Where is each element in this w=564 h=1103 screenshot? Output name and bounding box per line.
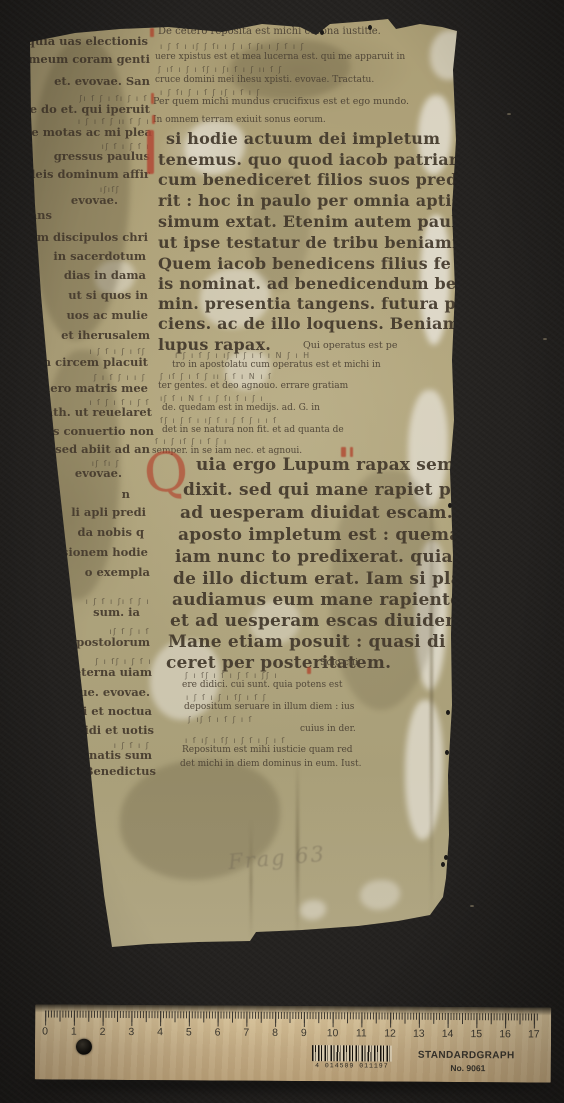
ruler-number: 11: [356, 1027, 367, 1039]
ruler-number: 6: [215, 1027, 221, 1039]
neume-line: ʃ ıſ ʃ ı ſ ʃ ıı ʃ ſ ı N ı ſ: [160, 373, 272, 381]
manuscript-text-line: de illo dictum erat. Iam si placet: [173, 571, 492, 588]
ruler-number: 7: [243, 1027, 249, 1039]
manuscript-text-line: Mane etiam posuit : quasi di: [168, 634, 446, 651]
neume-line: ʃ ıʃ ſ ı ſ ʃ ı ſ: [188, 716, 253, 724]
manuscript-text-line: rit : hoc in paulo per omnia aptis: [158, 193, 461, 209]
neume-line: ı ʃ ſ ı ʃ ı ſʃ ı ſ ʃ: [186, 694, 267, 702]
red-initial-bar: [147, 130, 154, 174]
ruler-number: 2: [100, 1026, 106, 1038]
manuscript-photograph: quia uas electionismeum coram gentiet. e…: [0, 0, 564, 1103]
ruler-number: 0: [42, 1025, 48, 1037]
manuscript-text-line: uere xpistus est et mea lucerna est. qui…: [155, 53, 405, 62]
ruler-brand-label: STANDARDGRAPH: [418, 1050, 515, 1062]
ruler-number: 3: [128, 1026, 134, 1038]
manuscript-text-line: In omnem terram exiuit sonus eorum.: [153, 116, 326, 125]
manuscript-text-line: uia ergo Lupum rapax semp: [196, 457, 467, 474]
wooden-ruler: 01234567891011121314151617 4 014509 0111…: [35, 1004, 551, 1082]
manuscript-text-line: Quem iacob benedicens filius fe: [158, 256, 451, 272]
ruler-number: 8: [272, 1027, 278, 1039]
manuscript-text-line: simum extat. Etenim autem paulus: [158, 214, 479, 230]
barcode-digits: 4 014509 011197: [309, 1062, 395, 1070]
edge-speck: [441, 862, 445, 867]
ruler-number: 12: [384, 1028, 396, 1040]
ruler-hanging-hole: [76, 1039, 92, 1055]
neume-line: ʃ ı ſʃ ı ſ ı ʃ ſ ı ʃʃ ı: [185, 672, 278, 680]
neume-line: ı ʃ ı ſ ʃ ı ıʃ ſ ʃ ı ſ ı N ʃ ı H: [175, 352, 311, 360]
manuscript-text-line: Repositum est mihi iusticie quam red: [182, 746, 353, 755]
ruler-cm-ticks: [45, 1010, 537, 1028]
manuscript-text-line: ut ipse testatur de tribu beniamin.: [158, 235, 476, 251]
ruler-number: 5: [186, 1026, 192, 1038]
ruler-number: 15: [470, 1028, 482, 1040]
ruler-number: 9: [301, 1027, 307, 1039]
red-accent-mark: [152, 115, 155, 124]
manuscript-text-line: tro in apostolatu cum operatus est et mi…: [172, 361, 381, 370]
manuscript-text-line: tenemus. quo quod iacob patriarcha: [158, 152, 490, 168]
edge-speck: [445, 750, 449, 755]
manuscript-text-line: iam nunc to predixerat. quia et: [175, 549, 478, 566]
edge-speck: [446, 710, 450, 715]
ruler-number: 13: [413, 1028, 425, 1040]
manuscript-text-line: depositum seruare in illum diem : ius: [184, 703, 354, 712]
felt-fiber: [470, 905, 474, 907]
manuscript-text-line: ter gentes. et deo agnouo. errare gratia…: [158, 382, 348, 391]
felt-fiber: [543, 338, 547, 340]
neume-line: ſʃ ı ʃ ſ ı ıʃ ſ ı ʃ ſ ʃ ı ı ſ: [160, 417, 277, 425]
ruler-number: 17: [528, 1028, 540, 1040]
manuscript-text-line: min. presentia tangens. futura prospi: [158, 296, 502, 312]
red-accent-mark: [307, 667, 311, 674]
manuscript-text-line: cum benediceret filios suos predixe: [158, 172, 484, 188]
manuscript-text-line: Per quem michi mundus crucifixus est et …: [153, 97, 409, 107]
manuscript-text-line: det in se natura non fit. et ad quanta d…: [162, 426, 344, 435]
felt-fiber: [507, 113, 511, 115]
red-accent-mark: [350, 447, 353, 457]
neume-line: ıʃ ſ ı N ſ ı ʃ ſı ſ ı ʃ ı: [160, 395, 264, 403]
manuscript-text-line: de. quedam est in medijs. ad. G. in: [162, 404, 320, 413]
manuscript-text-line: ciens. ac de illo loquens. Beniamin: [158, 316, 478, 332]
red-initial-q: Q: [142, 445, 190, 502]
manuscript-text-line: si hodie actuum dei impletum: [166, 131, 440, 147]
manuscript-text-line: Qui operatus est pe: [303, 341, 397, 351]
edge-speck: [368, 25, 372, 30]
red-accent-mark: [150, 28, 154, 37]
neume-line: ı ʃ ſ ı ıʃ ʃ ſı ı ʃ ı ſ ʃı ı ʃ ſ ı ʃ: [160, 43, 305, 51]
barcode: [312, 1045, 392, 1061]
ruler-number: 16: [499, 1028, 511, 1040]
red-accent-mark: [341, 447, 346, 457]
manuscript-text-line: audiamus eum mane rapientem.: [172, 592, 485, 609]
manuscript-text-line: det michi in diem dominus in eum. Iust.: [180, 760, 361, 769]
ruler-model-label: No. 9061: [418, 1063, 518, 1074]
neume-line: ı ſ ıʃ ı ſʃ ı ʃ ſ ı ʃ ı ſ: [185, 737, 286, 745]
manuscript-text-line: cuius in der.: [300, 725, 356, 734]
neume-line: ʃ ıſ ı ʃ ı ſʃ ı ʃı ſ ı ʃ ıı ſ ʃ: [158, 66, 283, 74]
ruler-number: 14: [442, 1028, 454, 1040]
red-accent-mark: [151, 93, 154, 104]
manuscript-text-line: Scio cui: [320, 658, 358, 668]
ruler-number: 10: [327, 1027, 339, 1039]
manuscript-text-line: is nominat. ad benedicendum benia: [158, 276, 485, 292]
manuscript-text-line: ere didici. cui sunt. quia potens est: [182, 681, 342, 690]
ruler-number: 1: [71, 1026, 77, 1038]
ruler-number: 4: [157, 1026, 163, 1038]
manuscript-text-line: cruce domini mei ihesu xpisti. evovae. T…: [155, 76, 374, 85]
